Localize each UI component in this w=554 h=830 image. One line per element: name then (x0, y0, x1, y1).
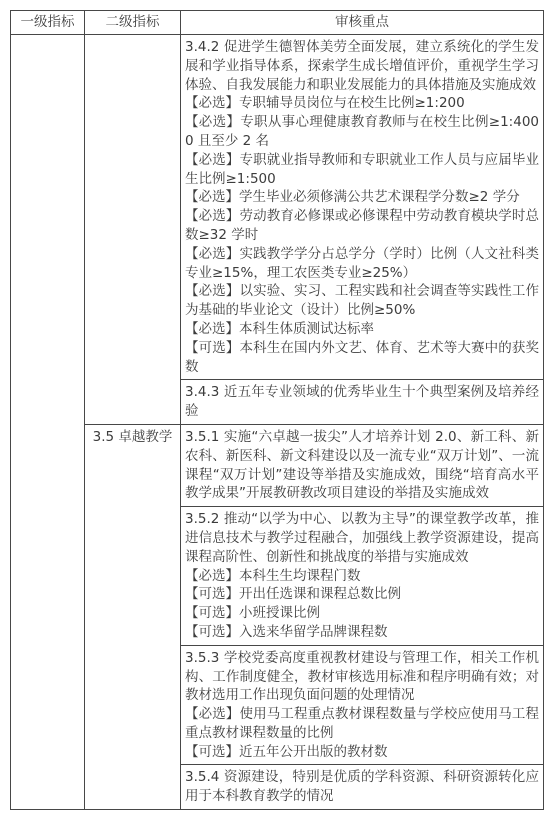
focus-required-item: 【必选】学生毕业必须修满公共艺术课程学分数≥2 学分 (185, 188, 539, 207)
focus-required-item: 【必选】以实验、实习、工程实践和社会调查等实践性工作为基础的毕业论文（设计）比例… (185, 282, 539, 320)
focus-optional-item: 【可选】本科生在国内外文艺、体育、艺术等大赛中的获奖数 (185, 339, 539, 377)
level1-indicator-cell (11, 35, 85, 810)
focus-required-item: 【必选】专职就业指导教师和专职就业工作人员与应届毕业生比例≥1:500 (185, 151, 539, 189)
column-header-level1: 一级指标 (11, 11, 85, 35)
focus-required-item: 【必选】使用马工程重点教材课程数量与学校应使用马工程重点教材课程数量的比例 (185, 705, 539, 743)
level2-indicator-cell-3-4 (85, 35, 181, 425)
focus-optional-item: 【可选】小班授课比例 (185, 604, 539, 623)
audit-focus-cell-3-5-3: 3.5.3 学校党委高度重视教材建设与管理工作，相关工作机构、工作制度健全，教材… (181, 645, 544, 765)
column-header-level2: 二级指标 (85, 11, 181, 35)
table-row-3-5-1: 3.5 卓越教学 3.5.1 实施“六卓越一拔尖”人才培养计划 2.0、新工科、… (11, 424, 544, 506)
audit-focus-cell-3-4-2: 3.4.2 促进学生德智体美劳全面发展，建立系统化的学生发展和学业指导体系，探索… (181, 35, 544, 380)
focus-optional-item: 【可选】入选来华留学品牌课程数 (185, 623, 539, 642)
audit-focus-cell-3-4-3: 3.4.3 近五年专业领域的优秀毕业生十个典型案例及培养经验 (181, 380, 544, 425)
focus-required-item: 【必选】劳动教育必修课或必修课程中劳动教育模块学时总数≥32 学时 (185, 207, 539, 245)
audit-focus-cell-3-5-1: 3.5.1 实施“六卓越一拔尖”人才培养计划 2.0、新工科、新农科、新医科、新… (181, 424, 544, 506)
focus-required-item: 【必选】专职辅导员岗位与在校生比例≥1:200 (185, 94, 539, 113)
focus-paragraph: 3.4.2 促进学生德智体美劳全面发展，建立系统化的学生发展和学业指导体系，探索… (185, 38, 539, 94)
focus-paragraph: 3.5.4 资源建设，特别是优质的学科资源、科研资源转化应用于本科教育教学的情况 (185, 768, 539, 806)
table-row-3-4-2: 3.4.2 促进学生德智体美劳全面发展，建立系统化的学生发展和学业指导体系，探索… (11, 35, 544, 380)
focus-optional-item: 【可选】近五年公开出版的教材数 (185, 743, 539, 762)
document-page: 一级指标 二级指标 审核重点 3.4.2 促进学生德智体美劳全面发展，建立系统化… (0, 0, 554, 830)
header-row: 一级指标 二级指标 审核重点 (11, 11, 544, 35)
focus-paragraph: 3.5.3 学校党委高度重视教材建设与管理工作，相关工作机构、工作制度健全，教材… (185, 649, 539, 705)
focus-required-item: 【必选】实践教学学分占总学分（学时）比例（人文社科类专业≥15%，理工农医类专业… (185, 245, 539, 283)
focus-paragraph: 3.5.2 推动“以学为中心、以教为主导”的课堂教学改革，推进信息技术与教学过程… (185, 510, 539, 566)
level2-indicator-cell-3-5: 3.5 卓越教学 (85, 424, 181, 809)
audit-focus-cell-3-5-4: 3.5.4 资源建设，特别是优质的学科资源、科研资源转化应用于本科教育教学的情况 (181, 765, 544, 810)
focus-paragraph: 3.5.1 实施“六卓越一拔尖”人才培养计划 2.0、新工科、新农科、新医科、新… (185, 428, 539, 503)
focus-paragraph: 3.4.3 近五年专业领域的优秀毕业生十个典型案例及培养经验 (185, 383, 539, 421)
focus-required-item: 【必选】本科生生均课程门数 (185, 567, 539, 586)
focus-required-item: 【必选】本科生体质测试达标率 (185, 320, 539, 339)
column-header-audit-focus: 审核重点 (181, 11, 544, 35)
focus-optional-item: 【可选】开出任选课和课程总数比例 (185, 585, 539, 604)
audit-focus-table: 一级指标 二级指标 审核重点 3.4.2 促进学生德智体美劳全面发展，建立系统化… (10, 10, 544, 810)
focus-required-item: 【必选】专职从事心理健康教育教师与在校生比例≥1:4000 且至少 2 名 (185, 113, 539, 151)
audit-focus-cell-3-5-2: 3.5.2 推动“以学为中心、以教为主导”的课堂教学改革，推进信息技术与教学过程… (181, 507, 544, 646)
